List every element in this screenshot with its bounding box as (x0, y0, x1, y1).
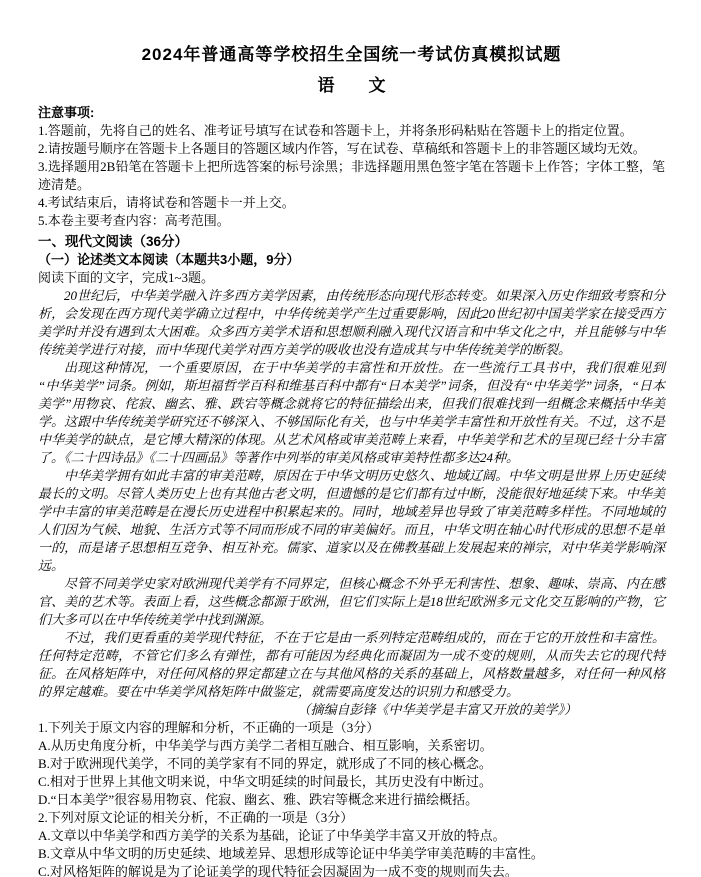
passage-paragraph-5: 不过，我们更看重的美学现代特征，不在于它是由一系列特定范畴组成的，而在于它的开放… (38, 629, 665, 701)
question-1-option-b: B.对于欧洲现代美学，不同的美学家有不同的界定，就形成了不同的核心概念。 (38, 755, 665, 773)
reading-section: 一、现代文阅读（36分） （一）论述类文本阅读（本题共3小题，9分） 阅读下面的… (38, 232, 665, 287)
notice-item-3: 3.选择题用2B铅笔在答题卡上把所选答案的标号涂黑；非选择题用黑色签字笔在答题卡… (38, 158, 665, 194)
question-2-stem: 2.下列对原文论证的相关分析，不正确的一项是（3分） (38, 809, 665, 827)
section-subheading: （一）论述类文本阅读（本题共3小题，9分） (38, 251, 665, 269)
section-heading: 一、现代文阅读（36分） (38, 232, 665, 251)
passage-paragraph-1: 20世纪后，中华美学融入许多西方美学因素，由传统形态向现代形态转变。如果深入历史… (38, 287, 665, 359)
subject-title: 语 文 (38, 71, 665, 96)
notice-item-1: 1.答题前，先将自己的姓名、准考证号填写在试卷和答题卡上，并将条形码粘贴在答题卡… (38, 122, 665, 140)
exam-paper-page: 2024年普通高等学校招生全国统一考试仿真模拟试题 语 文 注意事项: 1.答题… (0, 0, 701, 877)
question-1: 1.下列关于原文内容的理解和分析，不正确的一项是（3分） A.从历史角度分析，中… (38, 719, 665, 809)
passage-attribution: （摘编自彭锋《中华美学是丰富又开放的美学》） (38, 701, 665, 719)
reading-instruction: 阅读下面的文字，完成1~3题。 (38, 269, 665, 287)
passage-paragraph-3: 中华美学拥有如此丰富的审美范畴，原因在于中华文明历史悠久、地域辽阔。中华文明是世… (38, 467, 665, 575)
paper-title: 2024年普通高等学校招生全国统一考试仿真模拟试题 (38, 40, 665, 65)
notice-heading: 注意事项: (38, 104, 665, 122)
notice-section: 注意事项: 1.答题前，先将自己的姓名、准考证号填写在试卷和答题卡上，并将条形码… (38, 104, 665, 230)
notice-item-2: 2.请按题号顺序在答题卡上各题目的答题区域内作答，写在试卷、草稿纸和答题卡上的非… (38, 140, 665, 158)
notice-item-5: 5.本卷主要考查内容：高考范围。 (38, 212, 665, 230)
question-2-option-a: A.文章以中华美学和西方美学的关系为基础，论证了中华美学丰富又开放的特点。 (38, 827, 665, 845)
question-2-option-b: B.文章从中华文明的历史延续、地域差异、思想形成等论证中华美学审美范畴的丰富性。 (38, 845, 665, 863)
notice-item-4: 4.考试结束后，请将试卷和答题卡一并上交。 (38, 194, 665, 212)
question-1-stem: 1.下列关于原文内容的理解和分析，不正确的一项是（3分） (38, 719, 665, 737)
question-1-option-d: D.“日本美学”很容易用物哀、侘寂、幽玄、雅、跌宕等概念来进行描绘概括。 (38, 791, 665, 809)
passage-paragraph-2: 出现这种情况，一个重要原因，在于中华美学的丰富性和开放性。在一些流行工具书中，我… (38, 359, 665, 467)
passage-paragraph-4: 尽管不同美学史家对欧洲现代美学有不同界定，但核心概念不外乎无利害性、想象、趣味、… (38, 575, 665, 629)
question-1-option-c: C.相对于世界上其他文明来说，中华文明延续的时间最长，其历史没有中断过。 (38, 773, 665, 791)
question-1-option-a: A.从历史角度分析，中华美学与西方美学二者相互融合、相互影响，关系密切。 (38, 737, 665, 755)
question-2-option-c: C.对风格矩阵的解说是为了论证美学的现代特征会因凝固为一成不变的规则而失去。 (38, 863, 665, 877)
question-2: 2.下列对原文论证的相关分析，不正确的一项是（3分） A.文章以中华美学和西方美… (38, 809, 665, 877)
passage: 20世纪后，中华美学融入许多西方美学因素，由传统形态向现代形态转变。如果深入历史… (38, 287, 665, 719)
